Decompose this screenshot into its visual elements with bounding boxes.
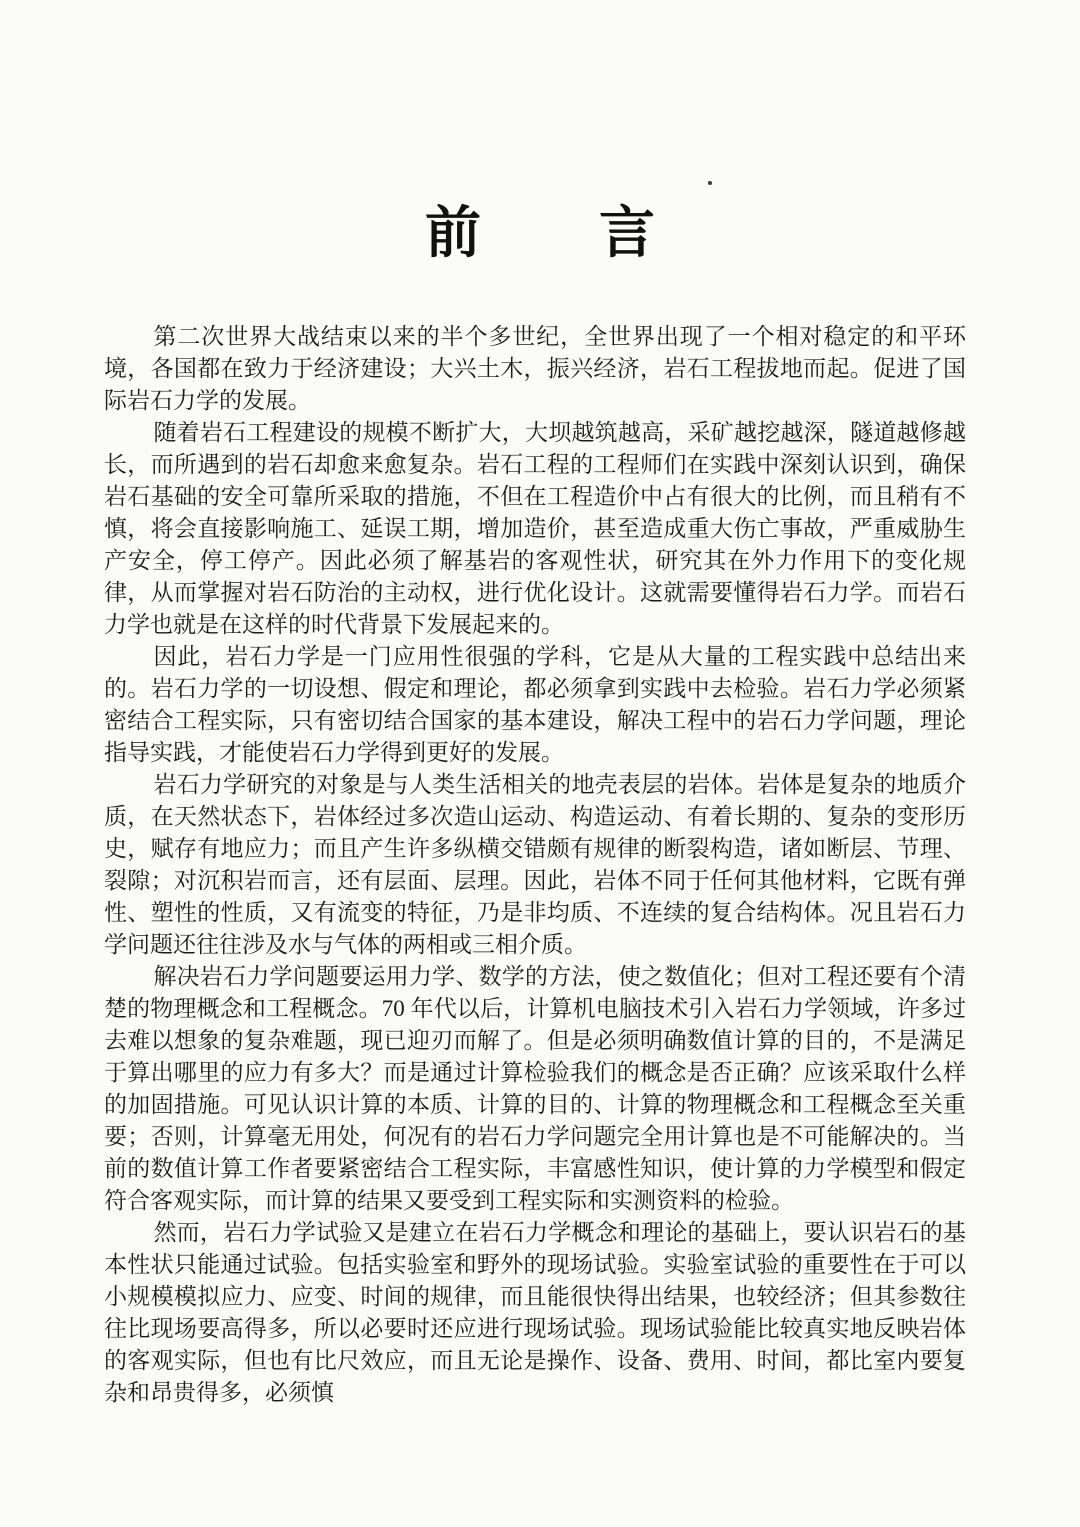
paragraph-4: 岩石力学研究的对象是与人类生活相关的地壳表层的岩体。岩体是复杂的地质介质，在天然… (104, 769, 966, 961)
scan-artifact-dot (708, 181, 712, 185)
paragraph-2: 随着岩石工程建设的规模不断扩大，大坝越筑越高，采矿越挖越深，隧道越修越长，而所遇… (104, 417, 966, 641)
paragraph-3: 因此，岩石力学是一门应用性很强的学科，它是从大量的工程实践中总结出来的。岩石力学… (104, 641, 966, 769)
title-char-qian: 前 (425, 204, 481, 266)
title-char-yan: 言 (599, 204, 655, 266)
paragraph-1: 第二次世界大战结束以来的半个多世纪，全世界出现了一个相对稳定的和平环境，各国都在… (104, 321, 966, 417)
paragraph-6: 然而，岩石力学试验又是建立在岩石力学概念和理论的基础上，要认识岩石的基本性状只能… (104, 1217, 966, 1409)
page-title: 前 言 (0, 204, 1080, 266)
preface-body: 第二次世界大战结束以来的半个多世纪，全世界出现了一个相对稳定的和平环境，各国都在… (104, 321, 966, 1409)
paragraph-5: 解决岩石力学问题要运用力学、数学的方法，使之数值化；但对工程还要有个清楚的物理概… (104, 961, 966, 1217)
scanned-book-page: 前 言 第二次世界大战结束以来的半个多世纪，全世界出现了一个相对稳定的和平环境，… (0, 0, 1080, 1527)
